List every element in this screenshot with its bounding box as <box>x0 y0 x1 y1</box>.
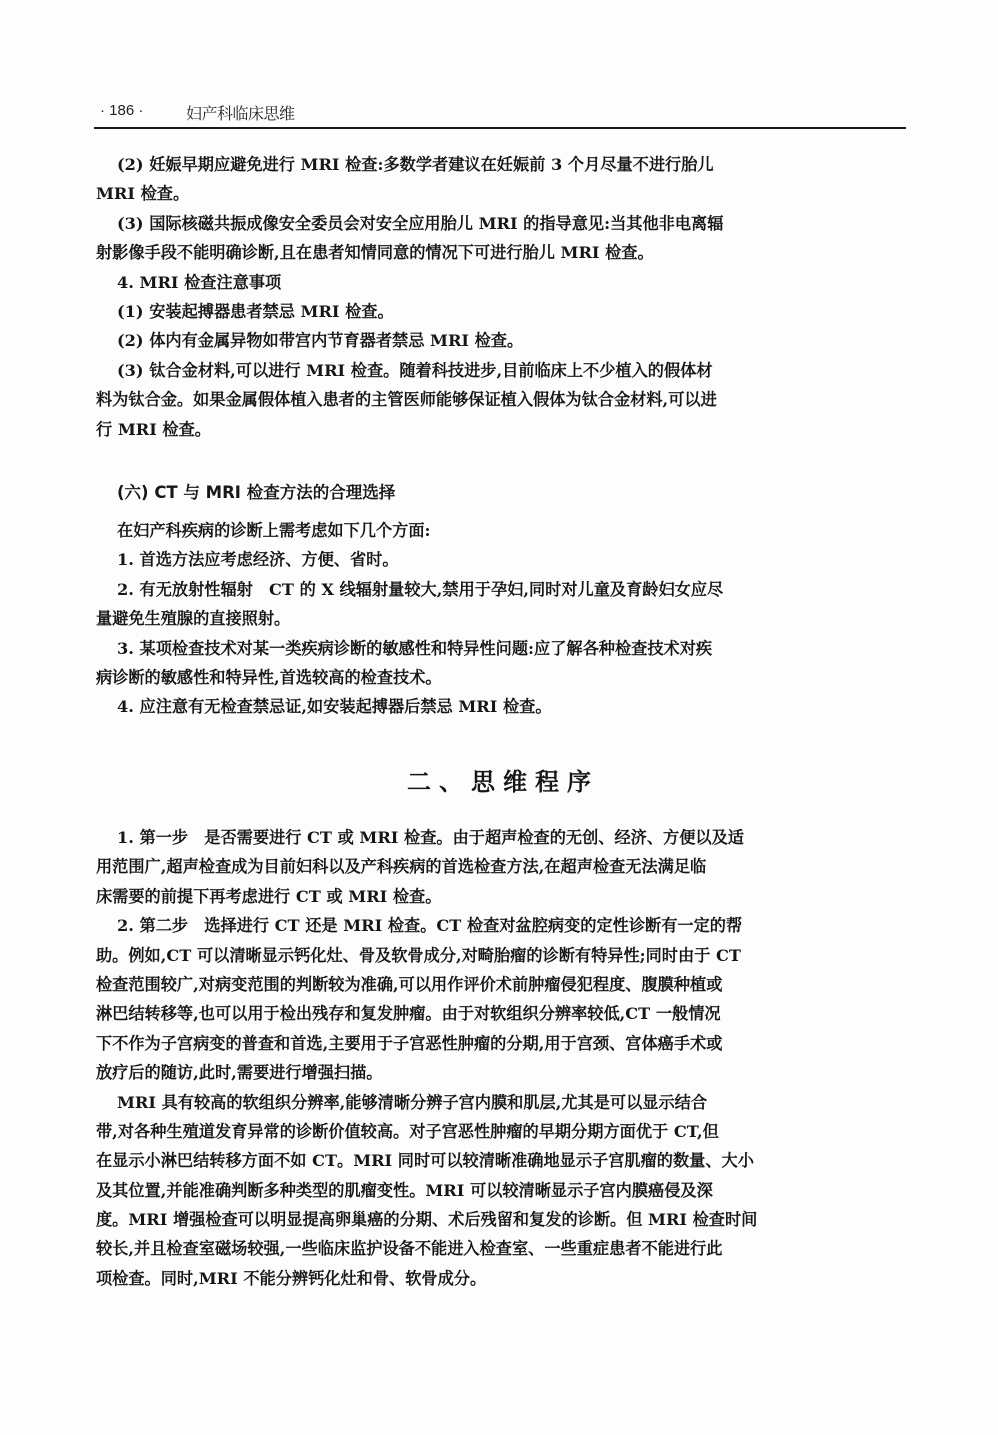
thinking-procedure-block: 1. 第一步 是否需要进行 CT 或 MRI 检查。由于超声检查的无创、经济、方… <box>117 823 902 1293</box>
running-header: · 186 · 妇产科临床思维 <box>98 100 906 124</box>
paragraph-line: 在妇产科疾病的诊断上需考虑如下几个方面: <box>117 516 902 545</box>
paragraph-line: (1) 安装起搏器患者禁忌 MRI 检查。 <box>117 297 902 326</box>
mri-precautions-block: (2) 妊娠早期应避免进行 MRI 检查:多数学者建议在妊娠前 3 个月尽量不进… <box>117 150 902 444</box>
book-title: 妇产科临床思维 <box>186 101 295 124</box>
paragraph-line: 料为钛合金。如果金属假体植入患者的主管医师能够保证植入假体为钛合金材料,可以进 <box>96 385 902 414</box>
subsection-heading: (六) CT 与 MRI 检查方法的合理选择 <box>117 479 395 503</box>
paragraph-line: 助。例如,CT 可以清晰显示钙化灶、骨及软骨成分,对畸胎瘤的诊断有特异性;同时由… <box>96 941 902 970</box>
book-page: · 186 · 妇产科临床思维 (2) 妊娠早期应避免进行 MRI 检查:多数学… <box>0 0 998 1435</box>
paragraph-line: 射影像手段不能明确诊断,且在患者知情同意的情况下可进行胎儿 MRI 检查。 <box>96 238 902 267</box>
list-item: 2. 有无放射性辐射 CT 的 X 线辐射量较大,禁用于孕妇,同时对儿童及育龄妇… <box>117 575 902 604</box>
paragraph-line: 1. 第一步 是否需要进行 CT 或 MRI 检查。由于超声检查的无创、经济、方… <box>117 823 902 852</box>
paragraph-line: 量避免生殖腺的直接照射。 <box>96 604 902 633</box>
paragraph-line: 行 MRI 检查。 <box>96 415 902 444</box>
paragraph-line: (3) 国际核磁共振成像安全委员会对安全应用胎儿 MRI 的指导意见:当其他非电… <box>117 209 902 238</box>
paragraph-line: 在显示小淋巴结转移方面不如 CT。MRI 同时可以较清晰准确地显示子宫肌瘤的数量… <box>96 1146 902 1175</box>
list-item: 1. 首选方法应考虑经济、方便、省时。 <box>117 545 902 574</box>
paragraph-line: 放疗后的随访,此时,需要进行增强扫描。 <box>96 1058 902 1087</box>
paragraph-line: 下不作为子宫病变的普查和首选,主要用于子宫恶性肿瘤的分期,用于宫颈、宫体癌手术或 <box>96 1029 902 1058</box>
paragraph-line: 床需要的前提下再考虑进行 CT 或 MRI 检查。 <box>96 882 902 911</box>
paragraph-line: (3) 钛合金材料,可以进行 MRI 检查。随着科技进步,目前临床上不少植入的假… <box>117 356 902 385</box>
paragraph-line: 淋巴结转移等,也可以用于检出残存和复发肿瘤。由于对软组织分辨率较低,CT 一般情… <box>96 999 902 1028</box>
paragraph-line: 度。MRI 增强检查可以明显提高卵巢癌的分期、术后残留和复发的诊断。但 MRI … <box>96 1205 902 1234</box>
list-item: 3. 某项检查技术对某一类疾病诊断的敏感性和特异性问题:应了解各种检查技术对疾 <box>117 634 902 663</box>
paragraph-line: 病诊断的敏感性和特异性,首选较高的检查技术。 <box>96 663 902 692</box>
paragraph-line: MRI 具有较高的软组织分辨率,能够清晰分辨子宫内膜和肌层,尤其是可以显示结合 <box>117 1088 902 1117</box>
ct-mri-selection-block: 在妇产科疾病的诊断上需考虑如下几个方面: 1. 首选方法应考虑经济、方便、省时。… <box>117 516 902 722</box>
paragraph-line: 检查范围较广,对病变范围的判断较为准确,可以用作评价术前肿瘤侵犯程度、腹膜种植或 <box>96 970 902 999</box>
paragraph-line: 带,对各种生殖道发育异常的诊断价值较高。对子宫恶性肿瘤的早期分期方面优于 CT,… <box>96 1117 902 1146</box>
paragraph-line: (2) 妊娠早期应避免进行 MRI 检查:多数学者建议在妊娠前 3 个月尽量不进… <box>117 150 902 179</box>
paragraph-line: 较长,并且检查室磁场较强,一些临床监护设备不能进入检查室、一些重症患者不能进行此 <box>96 1234 902 1263</box>
page-number: · 186 · <box>100 102 143 119</box>
header-rule <box>94 127 906 129</box>
paragraph-line: 及其位置,并能准确判断多种类型的肌瘤变性。MRI 可以较清晰显示子宫内膜癌侵及深 <box>96 1176 902 1205</box>
list-item: 4. 应注意有无检查禁忌证,如安装起搏器后禁忌 MRI 检查。 <box>117 692 902 721</box>
paragraph-line: 项检查。同时,MRI 不能分辨钙化灶和骨、软骨成分。 <box>96 1264 902 1293</box>
paragraph-line: MRI 检查。 <box>96 179 902 208</box>
paragraph-line: 2. 第二步 选择进行 CT 还是 MRI 检查。CT 检查对盆腔病变的定性诊断… <box>117 911 902 940</box>
paragraph-line: 用范围广,超声检查成为目前妇科以及产科疾病的首选检查方法,在超声检查无法满足临 <box>96 852 902 881</box>
list-heading: 4. MRI 检查注意事项 <box>117 268 902 297</box>
section-title: 二、思维程序 <box>0 762 998 797</box>
paragraph-line: (2) 体内有金属异物如带宫内节育器者禁忌 MRI 检查。 <box>117 326 902 355</box>
